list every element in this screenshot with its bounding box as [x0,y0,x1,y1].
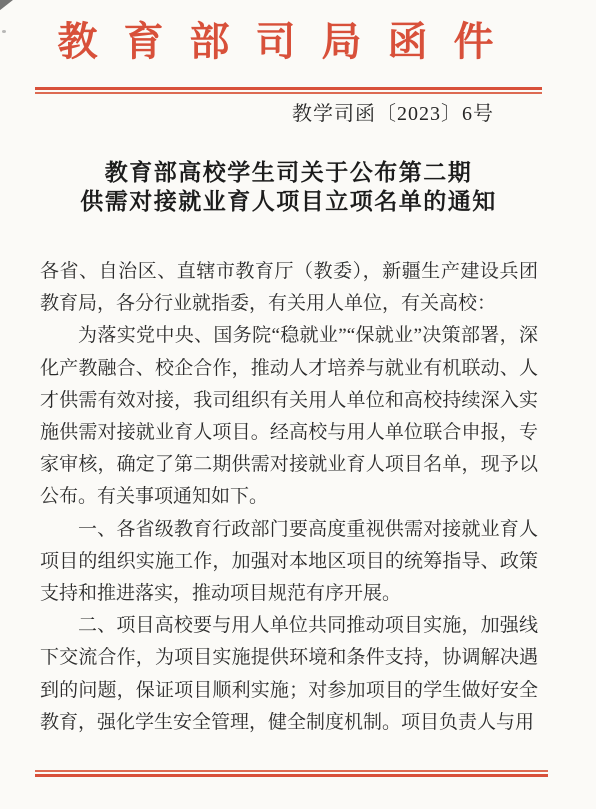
divider-thick-rule [35,774,548,777]
paragraph-intro: 为落实党中央、国务院“稳就业”“保就业”决策部署，深化产教融合、校企合作，推动人… [40,320,538,513]
divider-thin-rule [35,92,542,94]
scan-artifact-corner [0,0,16,11]
scan-artifact-dot [2,30,6,33]
letterhead-divider [35,87,542,94]
divider-thick-rule [35,87,542,90]
salutation: 各省、自治区、直辖市教育厅（教委），新疆生产建设兵团教育局，各分行业就指委，有关… [40,256,538,320]
paragraph-item-1: 一、各省级教育行政部门要高度重视供需对接就业育人项目的组织实施工作，加强对本地区… [40,514,538,611]
reference-number: 教学司函〔2023〕6号 [35,101,494,128]
divider-thin-rule [35,770,548,772]
document-body: 各省、自治区、直辖市教育厅（教委），新疆生产建设兵团教育局，各分行业就指委，有关… [40,256,538,739]
paragraph-item-2: 二、项目高校要与用人单位共同推动项目实施，加强线下交流合作，为项目实施提供环境和… [40,610,538,739]
document-title-line1: 教育部高校学生司关于公布第二期 [35,158,542,187]
footer-divider [35,770,548,777]
document-title-line2: 供需对接就业育人项目立项名单的通知 [35,187,542,216]
document-page: 教育部司局函件 教学司函〔2023〕6号 教育部高校学生司关于公布第二期 供需对… [0,0,596,809]
document-title: 教育部高校学生司关于公布第二期 供需对接就业育人项目立项名单的通知 [35,158,542,216]
letterhead-title: 教育部司局函件 [35,18,542,66]
